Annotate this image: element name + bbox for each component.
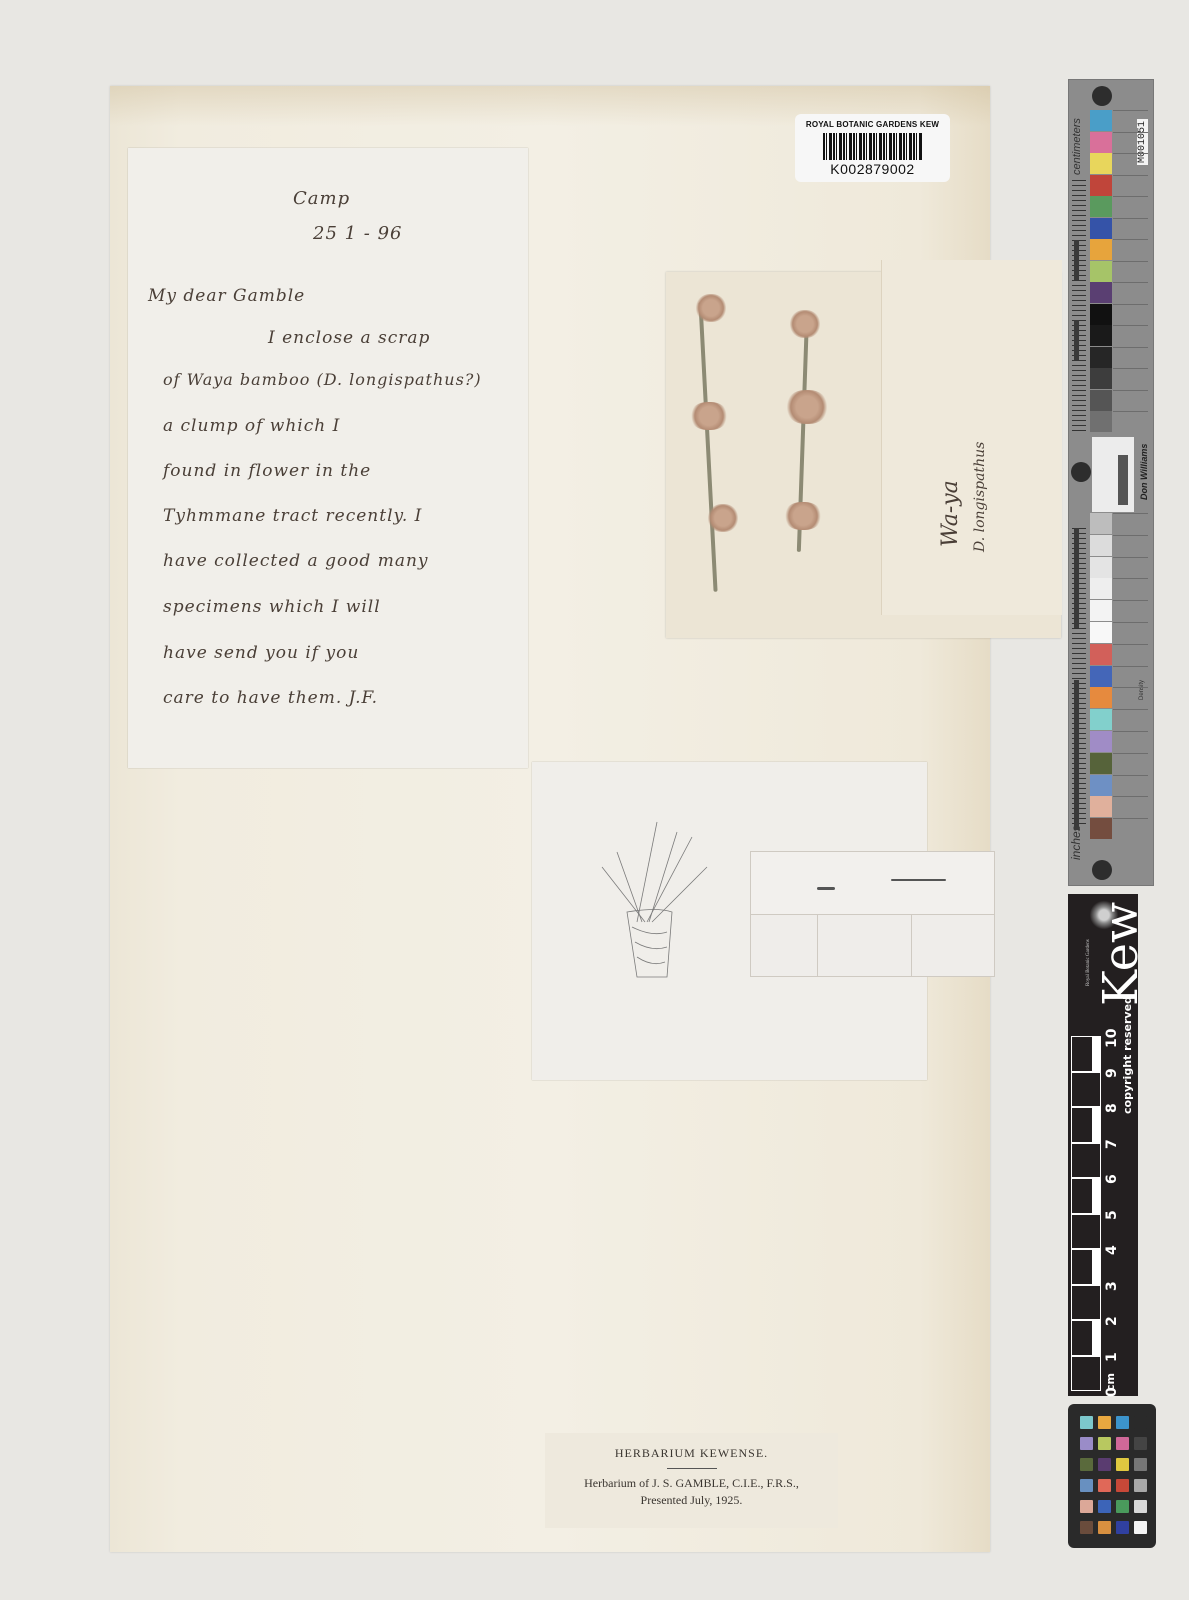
color-swatch [1098,1437,1111,1450]
color-patch [1090,622,1112,643]
density-values [1113,557,1148,579]
letter-line: care to have them. J.F. [163,688,378,708]
scale-tick-label: 0 [1104,1387,1120,1397]
scale-segment [1072,1321,1092,1355]
density-values [1113,731,1148,753]
density-values [1113,175,1148,197]
letter-line: Tyhmmane tract recently. I [163,506,422,526]
color-swatch [1080,1521,1093,1534]
handwritten-letter: Camp 25 1 - 96 My dear Gamble I enclose … [128,148,528,768]
color-swatch [1116,1437,1129,1450]
spikelet-cluster [784,502,822,530]
color-patch [1090,557,1112,578]
color-swatch [1080,1500,1093,1513]
letter-line: of Waya bamboo (D. longispathus?) [163,370,482,389]
letter-line: found in flower in the [163,461,371,481]
packet-divider [817,914,818,976]
color-swatch [1080,1437,1093,1450]
color-swatch [1116,1458,1129,1471]
letter-heading: Camp [293,188,350,209]
scale-tick-label: 5 [1104,1210,1120,1220]
copyright-text: copyright reserved [1121,996,1134,1114]
color-patch [1090,578,1112,599]
color-patch [1090,239,1112,260]
density-values [1113,644,1148,666]
color-patch [1090,666,1112,687]
density-values [1113,110,1148,132]
color-patch [1090,196,1112,217]
letter-line: I enclose a scrap [268,328,430,348]
density-values [1113,325,1148,347]
color-swatch [1134,1437,1147,1450]
spikelet-cluster [790,310,820,338]
scale-tick-label: 10 [1104,1029,1120,1048]
unit-label-bottom: inches [1069,825,1083,860]
scale-tick-label: 8 [1104,1103,1120,1113]
cm-scale [1071,1036,1101,1391]
density-values [1113,239,1148,261]
density-values [1113,578,1148,600]
color-patch [1090,687,1112,708]
color-patch [1090,600,1112,621]
density-values [1113,709,1148,731]
strip-hole [1092,860,1112,880]
pin-icon [891,879,946,881]
packet-annotation-name: Wa-ya [938,480,963,547]
color-swatch [1116,1479,1129,1492]
color-patch [1090,818,1112,839]
ruler-mark [1074,528,1079,628]
color-patch [1090,304,1112,325]
density-values [1113,818,1148,840]
herbarium-presented: Presented July, 1925. [545,1492,838,1509]
letter-date: 25 1 - 96 [313,223,403,244]
spikelet-cluster [696,294,726,322]
letter-line: specimens which I will [163,597,381,617]
barcode-label: ROYAL BOTANIC GARDENS KEW K002879002 [795,114,950,182]
density-values [1113,775,1148,797]
plant-sketch-icon [597,812,717,982]
spikelet-cluster [690,402,728,430]
color-patch [1090,110,1112,131]
spikelet-cluster [708,504,738,532]
color-swatch [1134,1458,1147,1471]
packet-fold [881,260,1062,615]
density-values [1113,513,1148,535]
color-swatch [1098,1521,1111,1534]
color-patch [1090,644,1112,665]
color-patch [1090,411,1112,432]
herbarium-donor: Herbarium of J. S. GAMBLE, C.I.E., F.R.S… [545,1475,838,1492]
density-values [1113,753,1148,775]
letter-line: My dear Gamble [148,286,305,306]
color-swatch [1080,1416,1093,1429]
density-values [1113,196,1148,218]
institution-name: ROYAL BOTANIC GARDENS KEW [806,120,939,129]
density-values [1113,411,1148,433]
ruler-mark [1074,680,1079,830]
color-swatch [1080,1458,1093,1471]
color-swatch [1098,1479,1111,1492]
scale-tick-label: 9 [1104,1068,1120,1078]
grey-bar [1118,455,1128,505]
density-values [1113,368,1148,390]
kew-logo: Kew [1093,902,1149,1006]
scale-segment [1072,1250,1092,1284]
kew-sub-brand: Royal Botanic Gardens [1086,939,1091,986]
scale-segment [1072,1108,1092,1142]
color-patch [1090,175,1112,196]
packet-flap [751,852,994,915]
color-patch [1090,347,1112,368]
letter-line: have send you if you [163,643,359,663]
density-values [1113,218,1148,240]
color-swatch [1098,1416,1111,1429]
cm-ruler [1072,180,1086,435]
color-swatch [1116,1416,1129,1429]
color-swatch [1134,1521,1147,1534]
density-values [1113,261,1148,283]
density-values [1113,796,1148,818]
color-patch [1090,132,1112,153]
density-values [1113,282,1148,304]
color-calibration-strip: centimeters inches M001051 Don Williams … [1068,79,1154,886]
ruler-mark [1074,320,1079,360]
color-patch [1090,325,1112,346]
scale-segment [1072,1179,1092,1213]
herbarium-title: HERBARIUM KEWENSE. [545,1446,838,1461]
barcode-number: K002879002 [830,161,914,177]
density-values [1113,347,1148,369]
color-patch [1090,753,1112,774]
color-checker [1068,1404,1156,1548]
strip-brand: Don Williams [1139,444,1149,500]
color-swatch [1134,1479,1147,1492]
scale-segment [1072,1144,1100,1178]
label-rule [667,1468,717,1469]
color-swatch [1116,1521,1129,1534]
density-values [1113,622,1148,644]
letter-line: have collected a good many [163,551,429,571]
ruler-mark [1074,240,1079,280]
scale-tick-label: 3 [1104,1281,1120,1291]
strip-hole [1092,86,1112,106]
color-swatch [1134,1500,1147,1513]
color-swatch [1098,1500,1111,1513]
scale-tick-label: 1 [1104,1352,1120,1362]
color-swatch [1134,1416,1147,1429]
color-patch [1090,775,1112,796]
density-values [1113,153,1148,175]
scale-segment [1072,1037,1092,1071]
color-patch [1090,709,1112,730]
unit-label-top: centimeters [1071,118,1083,175]
scale-tick-label: 2 [1104,1316,1120,1326]
scale-tick-label: 6 [1104,1174,1120,1184]
scale-segment [1072,1286,1100,1320]
density-values [1113,666,1148,688]
color-swatch [1098,1458,1111,1471]
color-patch [1090,796,1112,817]
color-patch [1090,368,1112,389]
density-values [1113,687,1148,709]
color-patch [1090,535,1112,556]
pin-icon [817,887,835,890]
color-patch [1090,282,1112,303]
fragment-packet [750,851,995,977]
letter-line: a clump of which I [163,416,340,436]
packet-divider [911,914,912,976]
scale-segment [1072,1073,1100,1107]
grey-scale-card [1092,437,1134,512]
scale-segment [1072,1357,1100,1391]
packet-annotation-species: D. longispathus [972,442,988,552]
density-values [1113,132,1148,154]
herbarium-label: HERBARIUM KEWENSE. Herbarium of J. S. GA… [545,1433,838,1528]
specimen-packet: Wa-ya D. longispathus [666,272,1061,638]
scale-segment [1072,1215,1100,1249]
strip-hole [1071,462,1091,482]
density-values [1113,535,1148,557]
color-swatch [1080,1479,1093,1492]
density-values [1113,390,1148,412]
density-values [1113,304,1148,326]
color-patch [1090,218,1112,239]
spikelet-cluster [786,390,828,424]
color-patch [1090,731,1112,752]
density-values [1113,600,1148,622]
color-patch [1090,390,1112,411]
scale-tick-label: 4 [1104,1245,1120,1255]
color-patch [1090,261,1112,282]
color-swatch [1116,1500,1129,1513]
scale-tick-label: 7 [1104,1139,1120,1149]
color-patch [1090,513,1112,534]
color-patch [1090,153,1112,174]
kew-scale-bar: Royal Botanic Gardens Kew copyright rese… [1068,894,1138,1396]
specimen-stem [698,302,717,592]
barcode-icon [823,133,923,160]
